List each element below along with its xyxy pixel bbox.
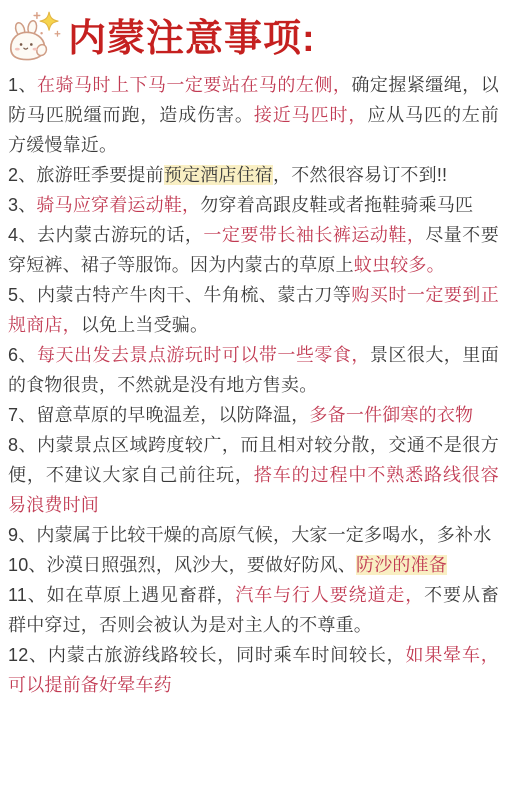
tip-segment: 防沙的准备 [356,555,447,575]
page-title: 内蒙注意事项: [68,20,316,58]
tip-segment: 5、内蒙古特产牛肉干、牛角梳、蒙古刀等 [8,285,351,305]
tip-segment: 11、如在草原上遇见畜群， [8,585,235,605]
tip-segment: 2、旅游旺季要提前 [8,165,164,185]
sparkle-star-icon [40,12,59,31]
tip-item: 8、内蒙景点区域跨度较广，而且相对较分散，交通不是很方便，不建议大家自己前往玩，… [8,430,499,520]
tip-item: 1、在骑马时上下马一定要站在马的左侧，确定握紧缰绳，以防马匹脱缰而跑，造成伤害。… [8,70,499,160]
tip-item: 6、每天出发去景点游玩时可以带一些零食，景区很大，里面的食物很贵，不然就是没有地… [8,340,499,400]
tip-segment: 7、留意草原的早晚温差，以防降温， [8,405,309,425]
tip-segment: 3、 [8,195,36,215]
tip-segment: 接近马匹时， [254,105,367,125]
tip-segment: 一定要带长袖长裤运动鞋， [203,225,425,245]
tip-item: 12、内蒙古旅游线路较长，同时乘车时间较长，如果晕车，可以提前备好晕车药 [8,640,499,700]
tip-segment: 6、 [8,345,37,365]
tip-segment: 汽车与行人要绕道走， [235,585,424,605]
plus-sparkle-icon [55,31,60,36]
tip-segment: 12、内蒙古旅游线路较长，同时乘车时间较长， [8,645,406,665]
tip-item: 5、内蒙古特产牛肉干、牛角梳、蒙古刀等购买时一定要到正规商店，以免上当受骗。 [8,280,499,340]
notes-page: 内蒙注意事项: 1、在骑马时上下马一定要站在马的左侧，确定握紧缰绳，以防马匹脱缰… [0,0,507,800]
tip-segment: 在骑马时上下马一定要站在马的左侧， [37,75,351,95]
tip-item: 3、骑马应穿着运动鞋，勿穿着高跟皮鞋或者拖鞋骑乘马匹 [8,190,499,220]
tip-segment: 4、去内蒙古游玩的话， [8,225,203,245]
bunny-blush [15,48,20,51]
tip-item: 2、旅游旺季要提前预定酒店住宿，不然很容易订不到!! [8,160,499,190]
tip-segment: 9、内蒙属于比较干燥的高原气候，大家一定多喝水，多补水 [8,525,491,545]
bunny-blush [33,48,38,51]
tip-item: 7、留意草原的早晚温差，以防降温，多备一件御寒的衣物 [8,400,499,430]
tip-segment: 骑马应穿着运动鞋， [36,195,200,215]
tip-item: 10、沙漠日照强烈，风沙大，要做好防风、防沙的准备 [8,550,499,580]
tip-segment: 勿穿着高跟皮鞋或者拖鞋骑乘马匹 [200,195,473,215]
tip-segment: 10、沙漠日照强烈，风沙大，要做好防风、 [8,555,356,575]
bunny-eye [20,43,23,46]
bunny-with-sparkle-icon [8,9,64,65]
page-header: 内蒙注意事项: [8,12,499,66]
tip-segment: 每天出发去景点游玩时可以带一些零食， [37,345,370,365]
tips-list: 1、在骑马时上下马一定要站在马的左侧，确定握紧缰绳，以防马匹脱缰而跑，造成伤害。… [8,70,499,700]
tip-segment: 多备一件御寒的衣物 [309,405,473,425]
tip-item: 4、去内蒙古游玩的话，一定要带长袖长裤运动鞋，尽量不要穿短裤、裙子等服饰。因为内… [8,220,499,280]
tip-segment: 1、 [8,75,37,95]
dot-sparkle-icon [40,32,42,34]
tip-item: 11、如在草原上遇见畜群，汽车与行人要绕道走，不要从畜群中穿过，否则会被认为是对… [8,580,499,640]
bunny-eye [30,43,33,46]
plus-sparkle-icon [34,13,40,19]
tip-segment: ，不然很容易订不到!! [273,165,447,185]
tip-item: 9、内蒙属于比较干燥的高原气候，大家一定多喝水，多补水 [8,520,499,550]
tip-segment: 蚊虫较多。 [354,255,445,275]
tip-segment: 预定酒店住宿 [164,165,273,185]
tip-segment: 以免上当受骗。 [81,315,208,335]
